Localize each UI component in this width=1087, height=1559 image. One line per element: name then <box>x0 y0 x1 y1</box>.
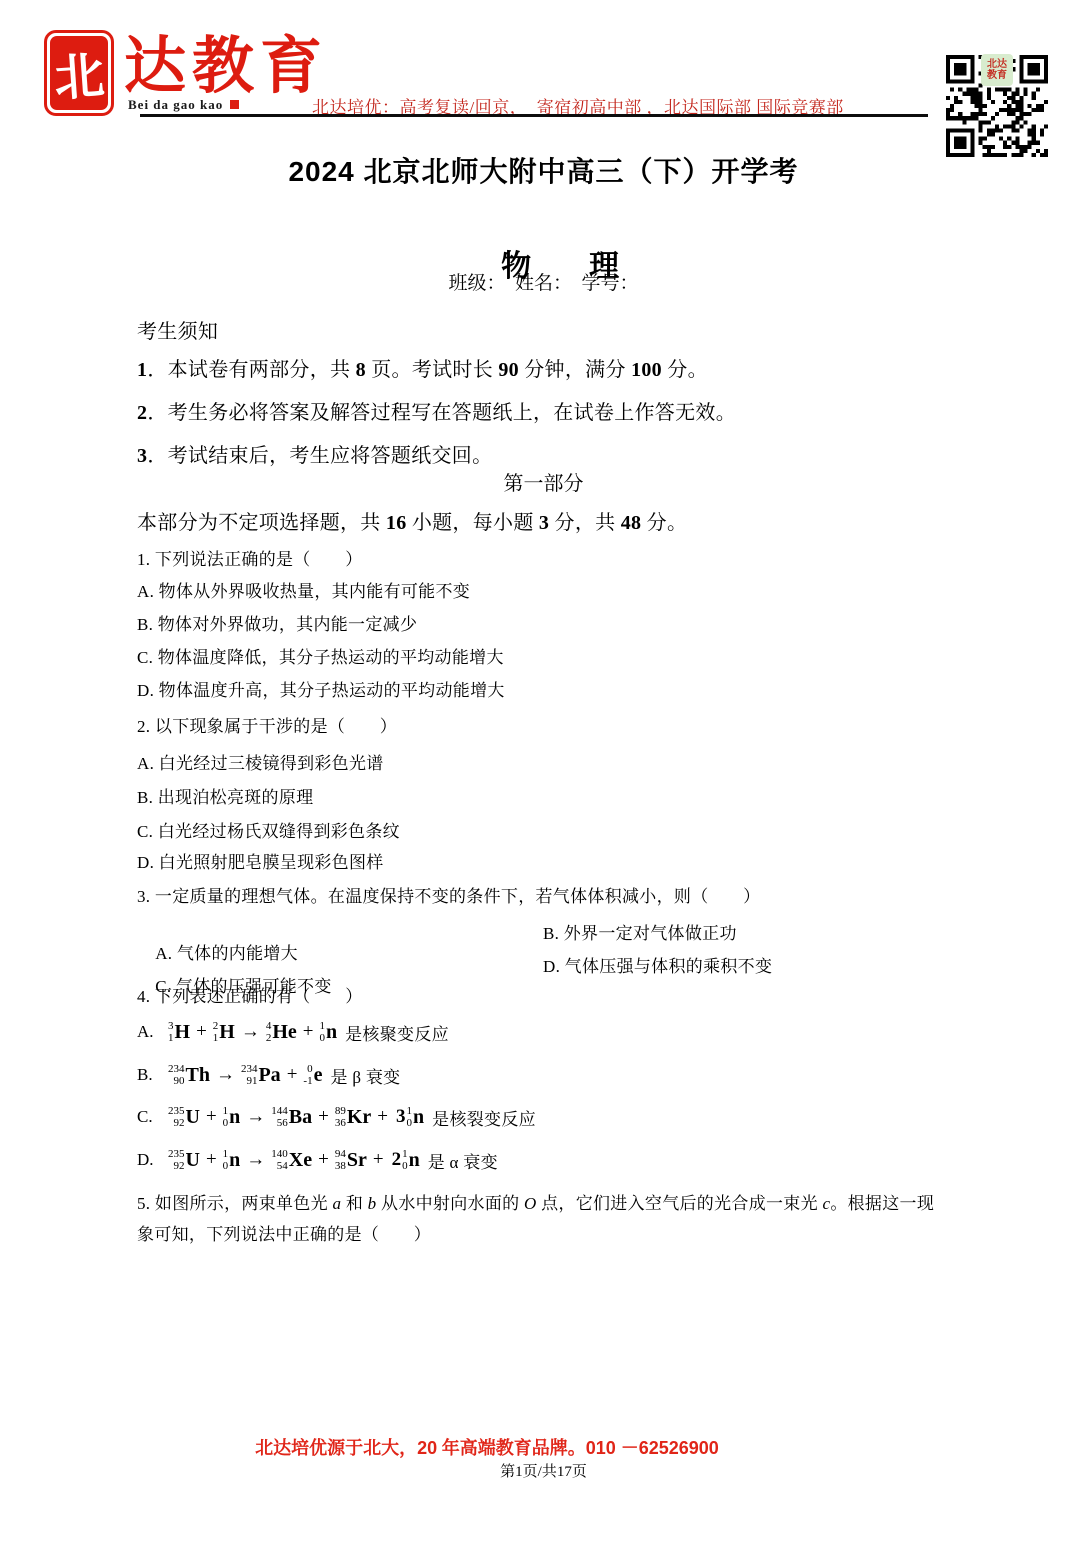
question-2-option-a: A. 白光经过三棱镜得到彩色光谱 <box>137 749 950 774</box>
question-1-option-c: C. 物体温度降低，其分子热运动的平均动能增大 <box>137 643 950 668</box>
nuclear-equation: 31H+21H→42He+10n <box>167 1020 338 1044</box>
qr-code-label: 北达 教育 <box>981 54 1013 86</box>
question-1-option-d: D. 物体温度升高，其分子热运动的平均动能增大 <box>137 676 950 701</box>
exam-page: 北 达教育 Bei da gao kao 北达培优：高考复读/回京， 寄宿初高中… <box>0 0 1087 1559</box>
nuclear-equation: 23592U+10n→14456Ba+8936Kr+310n <box>167 1105 425 1129</box>
brand-name: 达教育 <box>124 16 328 105</box>
question-5-stem-line-2: 象可知，下列说法中正确的是（ ） <box>137 1220 950 1245</box>
question-4-option-a: A. 31H+21H→42He+10n 是核聚变反应 <box>137 1016 449 1048</box>
question-5-stem-line-1: 5. 如图所示，两束单色光 a 和 b 从水中射向水面的 O 点，它们进入空气后… <box>137 1189 950 1214</box>
question-4-option-d: D. 23592U+10n→14054Xe+9438Sr+210n 是 α 衰变 <box>137 1144 498 1176</box>
header-divider <box>140 114 928 117</box>
notice-item-2: 2．考生务必将答案及解答过程写在答题纸上，在试卷上作答无效。 <box>137 396 950 425</box>
question-2-option-b: B. 出现泊松亮斑的原理 <box>137 783 950 808</box>
question-4-stem: 4. 下列表述正确的有（ ） <box>137 982 950 1007</box>
exam-title: 2024 北京北师大附中高三（下）开学考 <box>137 150 950 190</box>
subject-title: 物理 <box>137 207 950 319</box>
question-3-stem: 3. 一定质量的理想气体。在温度保持不变的条件下，若气体体积减小，则（ ） <box>137 882 950 907</box>
footer-promo: 北达培优源于北大，20 年高端教育品牌。010 －62526900 <box>137 1434 837 1460</box>
brand-subtitle: Bei da gao kao <box>128 97 239 113</box>
question-4-option-c: C. 23592U+10n→14456Ba+8936Kr+310n 是核裂变反应 <box>137 1101 536 1133</box>
qr-code: 北达 教育 <box>946 17 1048 123</box>
question-2-option-c: C. 白光经过杨氏双缝得到彩色条纹 <box>137 817 950 842</box>
question-1-option-a: A. 物体从外界吸收热量，其内能有可能不变 <box>137 577 950 602</box>
part1-heading: 第一部分 <box>137 467 950 496</box>
question-4-option-b: B. 23490Th→23491Pa+0-1e 是 β 衰变 <box>137 1059 400 1091</box>
question-3-option-d: D. 气体压强与体积的乘积不变 <box>543 952 772 977</box>
question-1-option-b: B. 物体对外界做功，其内能一定减少 <box>137 610 950 635</box>
student-fields: 班级： 姓名： 学号： <box>137 268 950 295</box>
seal-character: 北 <box>52 35 107 110</box>
page-number: 第1页/共17页 <box>137 1460 950 1481</box>
notice-item-1: 1．本试卷有两部分，共 8 页。考试时长 90 分钟，满分 100 分。 <box>137 353 950 382</box>
part1-description: 本部分为不定项选择题，共 16 小题，每小题 3 分，共 48 分。 <box>137 506 950 535</box>
brand-seal-logo: 北 <box>44 30 114 116</box>
nuclear-equation: 23592U+10n→14054Xe+9438Sr+210n <box>167 1148 421 1172</box>
nuclear-equation: 23490Th→23491Pa+0-1e <box>167 1063 323 1087</box>
question-2-stem: 2. 以下现象属于干涉的是（ ） <box>137 712 950 737</box>
seal-background: 北 <box>50 36 108 110</box>
question-2-option-d: D. 白光照射肥皂膜呈现彩色图样 <box>137 848 950 873</box>
notice-heading: 考生须知 <box>137 315 950 344</box>
brand-red-square-icon <box>230 100 239 109</box>
notice-item-3: 3．考试结束后，考生应将答题纸交回。 <box>137 439 950 468</box>
question-3-option-b: B. 外界一定对气体做正功 <box>543 919 737 944</box>
question-1-stem: 1. 下列说法正确的是（ ） <box>137 545 950 570</box>
